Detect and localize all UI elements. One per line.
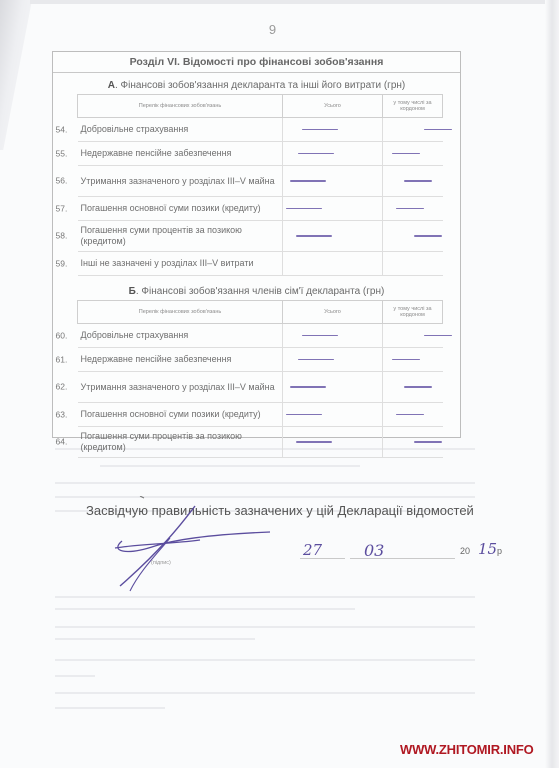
table-row: 62.Утримання зазначеного у розділах III–… xyxy=(78,372,443,403)
total-value xyxy=(283,118,383,142)
row-number: 56. xyxy=(56,176,68,187)
total-value xyxy=(283,142,383,166)
abroad-value xyxy=(383,324,443,348)
row-number: 55. xyxy=(56,148,68,159)
date-day: 27 xyxy=(303,541,322,559)
total-value xyxy=(283,197,383,221)
table-row: 63.Погашення основної суми позики (креди… xyxy=(78,403,443,427)
liability-label: 63.Погашення основної суми позики (креди… xyxy=(78,403,283,427)
abroad-value xyxy=(383,118,443,142)
handwritten-dash xyxy=(290,180,326,181)
liability-label: 62.Утримання зазначеного у розділах III–… xyxy=(78,372,283,403)
liability-label: 61.Недержавне пенсійне забезпечення xyxy=(78,348,283,372)
row-number: 59. xyxy=(56,258,68,269)
part-a-table: Перелік фінансових зобов'язань Усього у … xyxy=(77,94,443,276)
handwritten-dash xyxy=(298,359,334,360)
total-value xyxy=(283,221,383,252)
row-number: 57. xyxy=(56,203,68,214)
liability-label: 56.Утримання зазначеного у розділах III–… xyxy=(78,166,283,197)
row-number: 62. xyxy=(56,382,68,393)
total-value xyxy=(283,403,383,427)
date-year-prefix: 20 xyxy=(460,546,470,556)
section-title: Розділ VI. Відомості про фінансові зобов… xyxy=(53,52,460,73)
row-number: 63. xyxy=(56,409,68,420)
abroad-value xyxy=(383,348,443,372)
abroad-value xyxy=(383,403,443,427)
row-number: 60. xyxy=(56,330,68,341)
liability-label: 57.Погашення основної суми позики (креди… xyxy=(78,197,283,221)
handwritten-dash xyxy=(396,414,424,415)
liability-label: 60.Добровільне страхування xyxy=(78,324,283,348)
liability-label: 55.Недержавне пенсійне забезпечення xyxy=(78,142,283,166)
total-value xyxy=(283,166,383,197)
abroad-value xyxy=(383,252,443,276)
handwritten-dash xyxy=(392,359,420,360)
column-header-abroad: у тому числі за кордоном xyxy=(383,95,443,118)
liability-label: 54.Добровільне страхування xyxy=(78,118,283,142)
total-value xyxy=(283,348,383,372)
handwritten-dash xyxy=(414,235,442,236)
row-number: 61. xyxy=(56,354,68,365)
page-edge-top xyxy=(30,0,545,4)
handwritten-dash xyxy=(302,335,338,336)
handwritten-dash xyxy=(302,129,338,130)
table-row: 59.Інші не зазначені у розділах III–V ви… xyxy=(78,252,443,276)
row-number: 54. xyxy=(56,124,68,135)
total-value xyxy=(283,252,383,276)
date-year-unit: р xyxy=(497,546,502,556)
page-number: 9 xyxy=(0,22,545,37)
total-value xyxy=(283,427,383,458)
handwritten-dash xyxy=(396,208,424,209)
handwritten-dash xyxy=(286,414,322,415)
abroad-value xyxy=(383,166,443,197)
table-row: 55.Недержавне пенсійне забезпечення xyxy=(78,142,443,166)
signature xyxy=(100,496,300,596)
liability-label: 59.Інші не зазначені у розділах III–V ви… xyxy=(78,252,283,276)
abroad-value xyxy=(383,372,443,403)
column-header-abroad: у тому числі за кордоном xyxy=(383,301,443,324)
handwritten-dash xyxy=(392,153,420,154)
total-value xyxy=(283,324,383,348)
abroad-value xyxy=(383,142,443,166)
part-b-table: Перелік фінансових зобов'язань Усього у … xyxy=(77,300,443,458)
handwritten-dash xyxy=(424,335,452,336)
page-edge-right xyxy=(545,0,559,768)
liability-label: 58.Погашення суми процентів за позикою (… xyxy=(78,221,283,252)
section-vi-box: Розділ VI. Відомості про фінансові зобов… xyxy=(52,51,461,438)
handwritten-dash xyxy=(298,153,334,154)
handwritten-dash xyxy=(296,235,332,236)
table-row: 56.Утримання зазначеного у розділах III–… xyxy=(78,166,443,197)
handwritten-dash xyxy=(414,441,442,442)
handwritten-dash xyxy=(286,208,322,209)
handwritten-dash xyxy=(296,441,332,442)
part-b-title: Б. Фінансові зобов'язання членів сім'ї д… xyxy=(53,286,460,300)
table-row: 60.Добровільне страхування xyxy=(78,324,443,348)
abroad-value xyxy=(383,427,443,458)
table-row: 57.Погашення основної суми позики (креди… xyxy=(78,197,443,221)
abroad-value xyxy=(383,197,443,221)
liability-label: 64.Погашення суми процентів за позикою (… xyxy=(78,427,283,458)
date-day-line xyxy=(300,558,345,559)
date-month-line xyxy=(350,558,455,559)
date-year-suffix: 15 xyxy=(478,540,497,558)
column-header-liabilities: Перелік фінансових зобов'язань xyxy=(78,95,283,118)
handwritten-dash xyxy=(424,129,452,130)
row-number: 64. xyxy=(56,437,68,448)
table-row: 61.Недержавне пенсійне забезпечення xyxy=(78,348,443,372)
column-header-total: Усього xyxy=(283,95,383,118)
column-header-total: Усього xyxy=(283,301,383,324)
total-value xyxy=(283,372,383,403)
abroad-value xyxy=(383,221,443,252)
table-row: 54.Добровільне страхування xyxy=(78,118,443,142)
signature-caption: (підпис) xyxy=(151,560,171,566)
table-row: 64.Погашення суми процентів за позикою (… xyxy=(78,427,443,458)
row-number: 58. xyxy=(56,231,68,242)
table-row: 58.Погашення суми процентів за позикою (… xyxy=(78,221,443,252)
watermark: WWW.ZHITOMIR.INFO xyxy=(400,742,534,757)
column-header-liabilities: Перелік фінансових зобов'язань xyxy=(78,301,283,324)
handwritten-dash xyxy=(404,180,432,181)
part-a-title: А. Фінансові зобов'язання декларанта та … xyxy=(53,80,460,94)
handwritten-dash xyxy=(404,386,432,387)
handwritten-dash xyxy=(290,386,326,387)
